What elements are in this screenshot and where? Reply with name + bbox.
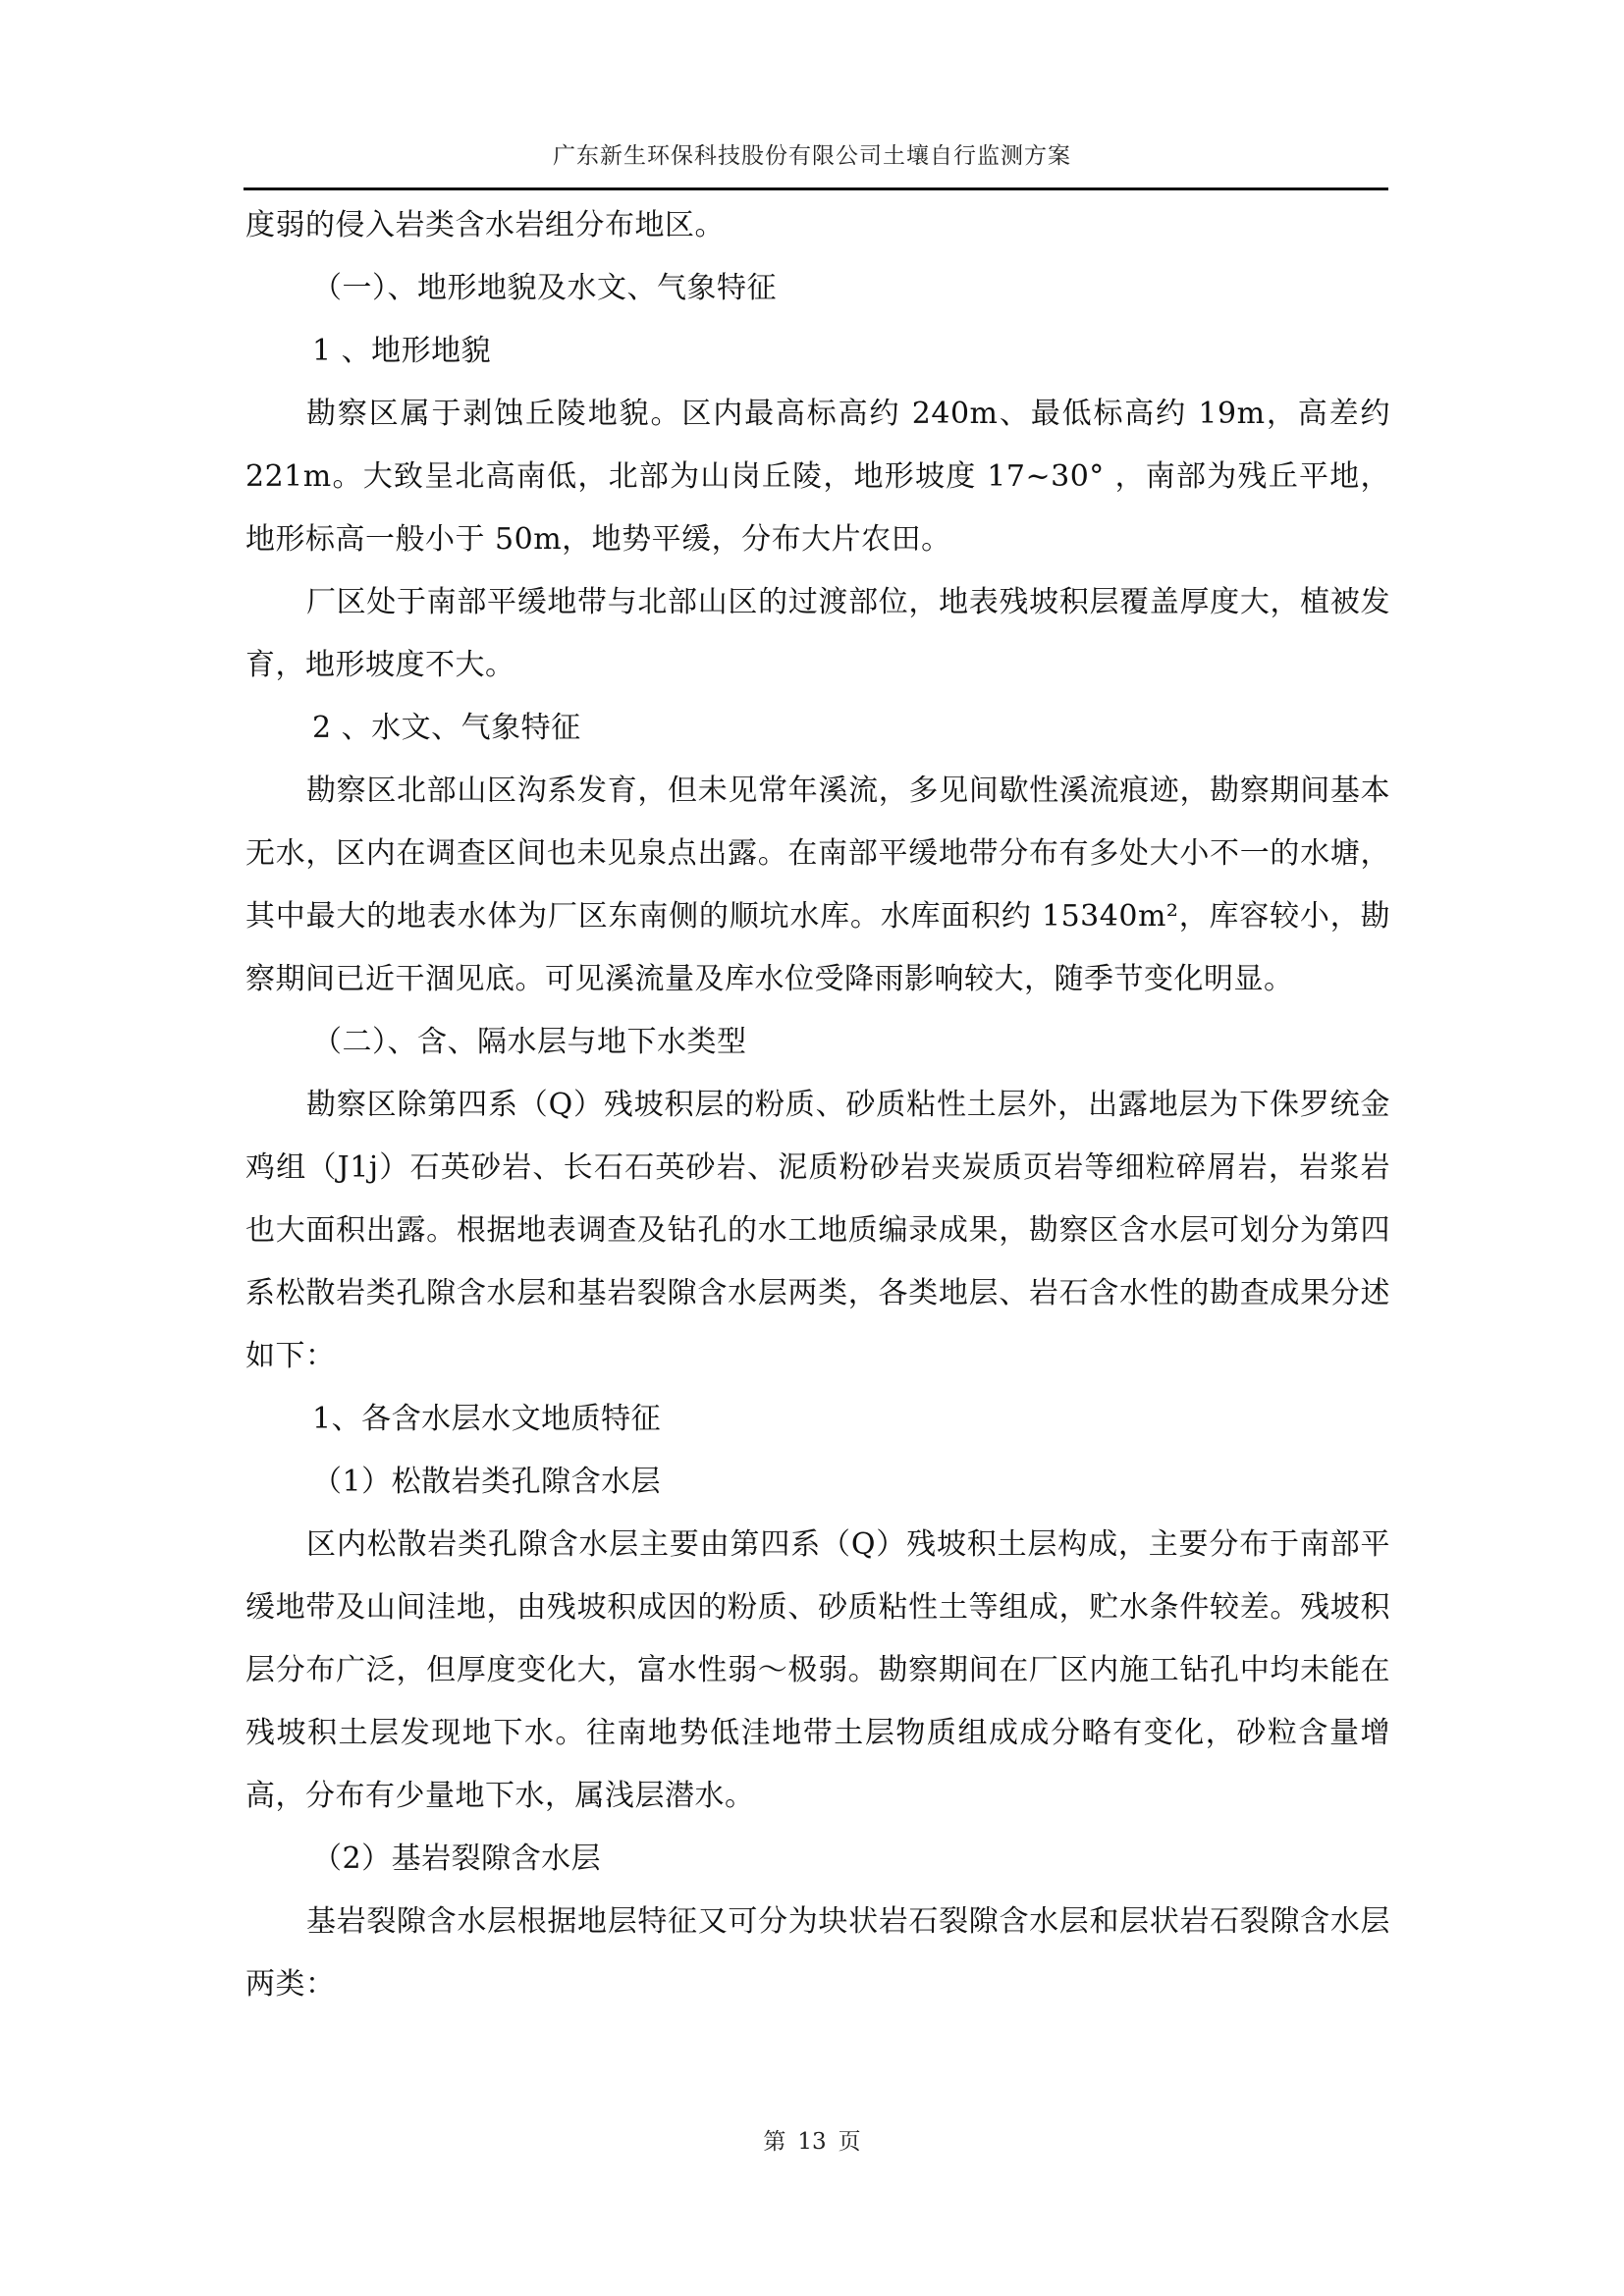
subheading-loose-rock-aquifer: （1）松散岩类孔隙含水层 — [245, 1451, 1390, 1514]
paragraph-plant-location: 厂区处于南部平缓地带与北部山区的过渡部位，地表残坡积层覆盖厚度大，植被发育，地形… — [245, 571, 1390, 697]
paragraph-bedrock-fissure-aquifer: 基岩裂隙含水层根据地层特征又可分为块状岩石裂隙含水层和层状岩石裂隙含水层两类： — [245, 1891, 1390, 2016]
paragraph-hydrology: 勘察区北部山区沟系发育，但未见常年溪流，多见间歇性溪流痕迹，勘察期间基本无水，区… — [245, 760, 1390, 1011]
page-footer: 第13页 — [0, 2123, 1624, 2156]
paragraph-loose-rock-aquifer: 区内松散岩类孔隙含水层主要由第四系（Q）残坡积土层构成，主要分布于南部平缓地带及… — [245, 1514, 1390, 1828]
section-heading-aquifers: （二）、含、隔水层与地下水类型 — [245, 1011, 1390, 1074]
subheading-bedrock-fissure-aquifer: （2）基岩裂隙含水层 — [245, 1828, 1390, 1891]
subheading-aquifer-characteristics: 1、各含水层水文地质特征 — [245, 1388, 1390, 1451]
page-number: 13 — [797, 2129, 826, 2155]
document-body: 度弱的侵入岩类含水岩组分布地区。 （一）、地形地貌及水文、气象特征 1 、地形地… — [245, 194, 1390, 2016]
subheading-terrain: 1 、地形地貌 — [245, 320, 1390, 383]
header-divider — [244, 187, 1388, 190]
page-number-suffix: 页 — [839, 2129, 861, 2155]
paragraph-terrain-description: 勘察区属于剥蚀丘陵地貌。区内最高标高约 240m、最低标高约 19m，高差约 2… — [245, 383, 1390, 571]
page-number-prefix: 第 — [763, 2129, 785, 2155]
paragraph-aquifer-overview: 勘察区除第四系（Q）残坡积层的粉质、砂质粘性土层外，出露地层为下侏罗统金鸡组（J… — [245, 1074, 1390, 1388]
continuation-text: 度弱的侵入岩类含水岩组分布地区。 — [245, 194, 1390, 257]
subheading-hydrology-climate: 2 、水文、气象特征 — [245, 697, 1390, 760]
running-header-title: 广东新生环保科技股份有限公司土壤自行监测方案 — [0, 137, 1624, 170]
section-heading-terrain-hydrology: （一）、地形地貌及水文、气象特征 — [245, 257, 1390, 320]
